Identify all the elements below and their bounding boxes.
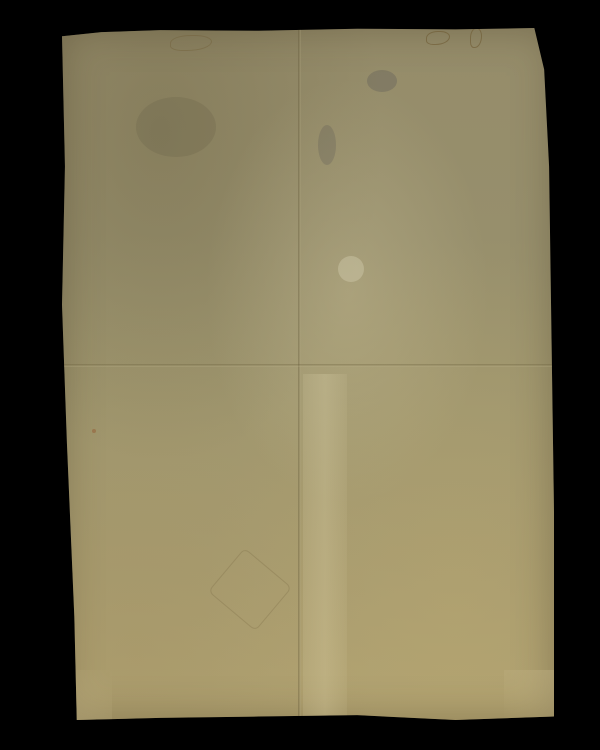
ink-squiggle bbox=[470, 28, 482, 48]
light-band bbox=[303, 374, 347, 720]
aged-paper-sheet bbox=[62, 28, 554, 720]
ink-stain bbox=[318, 125, 336, 165]
light-spot bbox=[338, 256, 364, 282]
ink-stain bbox=[367, 70, 397, 92]
faint-square-mark bbox=[208, 548, 292, 632]
bottom-left-worn-corner bbox=[62, 670, 112, 720]
vertical-fold-crease bbox=[298, 28, 301, 720]
bottom-right-worn-corner bbox=[504, 670, 554, 720]
shadow-stain bbox=[136, 97, 216, 157]
photo-scene bbox=[0, 0, 600, 750]
ink-squiggle bbox=[170, 35, 212, 51]
dot-stain bbox=[92, 429, 96, 433]
ink-squiggle bbox=[426, 31, 450, 45]
horizontal-fold-crease bbox=[62, 364, 554, 367]
